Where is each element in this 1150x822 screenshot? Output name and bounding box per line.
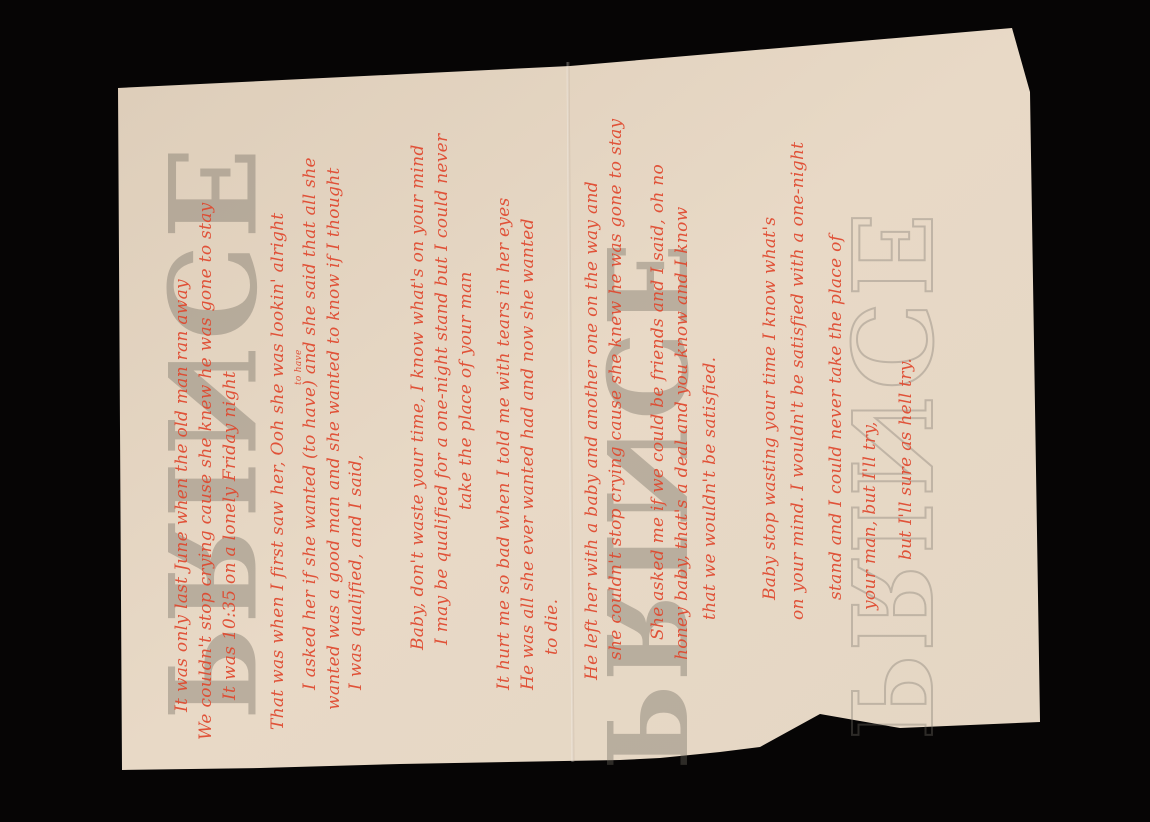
lyric-line: He was all she ever wanted had and now s… [518,218,538,690]
lyric-line: I asked her if she wanted (to have) and … [300,157,320,690]
lyric-line: That was when I first saw her, Ooh she w… [268,212,288,730]
lyric-line: honey baby, that's a deal and you know a… [672,207,692,661]
lyric-line: He left her with a baby and another one … [582,181,602,680]
lyric-line: I was qualified, and I said, [346,454,366,690]
lyric-line: It hurt me so bad when I told me with te… [494,197,514,690]
lyric-line: We couldn't stop crying cause she knew h… [196,202,216,740]
lyric-line: It was only last June when the old man r… [172,279,192,712]
lyric-line: I may be qualified for a one-night stand… [432,134,452,645]
lyric-line: that we wouldn't be satisfied. [700,357,720,620]
lyric-line: she couldn't stop crying cause she knew … [606,119,626,660]
lyric-line: Baby, don't waste your time, I know what… [408,144,428,650]
lyric-line: It was 10:35 on a lonely Friday night [220,371,240,700]
lyric-line: your man, but I'll try, [860,421,880,610]
lyric-line: to die. [542,599,562,655]
lyric-line: Baby stop wasting your time I know what'… [760,217,780,600]
lyric-line: stand and I could never take the place o… [826,235,846,600]
lyric-line: She asked me if we could be friends and … [648,164,668,640]
lyric-line: but I'll sure as hell try. [896,358,916,560]
lyric-line: wanted was a good man and she wanted to … [324,167,344,710]
lyric-line: take the place of your man [456,271,476,510]
insert-annotation: to have [294,349,304,385]
lyric-sheet: PRINCE PRINCE PRINCE It was only last Ju… [0,0,1150,822]
lyric-line: on your mind. I wouldn't be satisfied wi… [788,142,808,620]
